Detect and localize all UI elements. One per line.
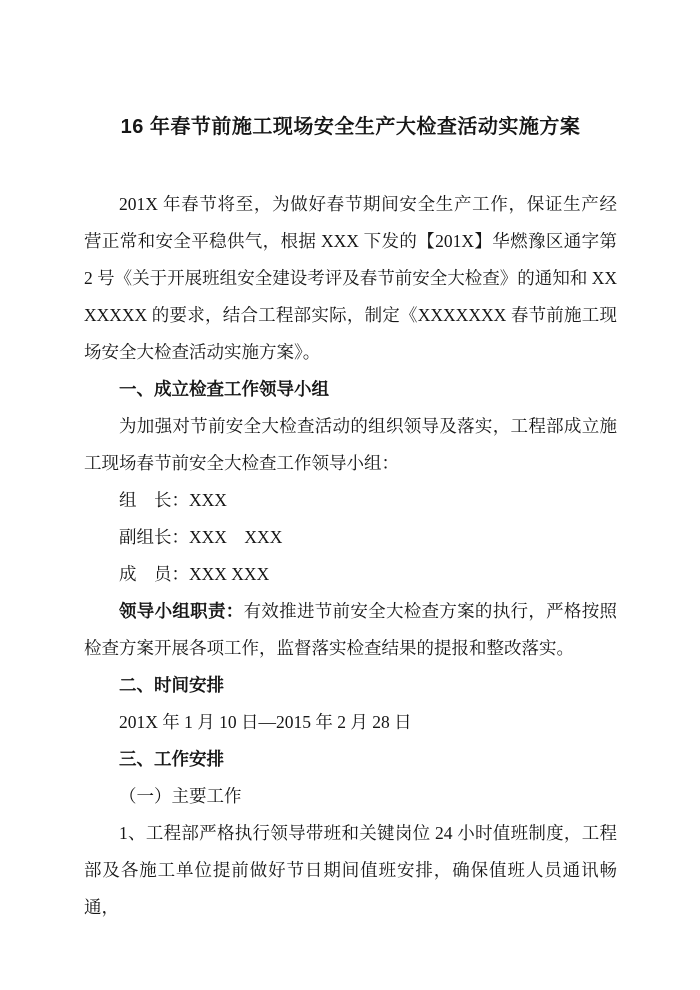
- section-3-heading: 三、工作安排: [84, 741, 617, 778]
- work-item-1: 1、工程部严格执行领导带班和关键岗位 24 小时值班制度，工程部及各施工单位提前…: [84, 815, 617, 926]
- intro-paragraph: 201X 年春节将至，为做好春节期间安全生产工作，保证生产经营正常和安全平稳供气…: [84, 186, 617, 371]
- deputy-leader-line: 副组长：XXX XXX: [84, 519, 617, 556]
- section-2-heading: 二、时间安排: [84, 667, 617, 704]
- section-1-heading: 一、成立检查工作领导小组: [84, 371, 617, 408]
- leader-line: 组 长：XXX: [84, 482, 617, 519]
- document-title: 16 年春节前施工现场安全生产大检查活动实施方案: [84, 112, 617, 142]
- time-range-line: 201X 年 1 月 10 日—2015 年 2 月 28 日: [84, 704, 617, 741]
- document-page: 16 年春节前施工现场安全生产大检查活动实施方案 201X 年春节将至，为做好春…: [0, 0, 700, 990]
- members-line: 成 员：XXX XXX: [84, 556, 617, 593]
- duties-label: 领导小组职责：: [119, 601, 244, 621]
- section-1-body: 为加强对节前安全大检查活动的组织领导及落实，工程部成立施工现场春节前安全大检查工…: [84, 408, 617, 482]
- duties-paragraph: 领导小组职责：有效推进节前安全大检查方案的执行，严格按照检查方案开展各项工作，监…: [84, 593, 617, 667]
- subsection-heading: （一）主要工作: [84, 778, 617, 815]
